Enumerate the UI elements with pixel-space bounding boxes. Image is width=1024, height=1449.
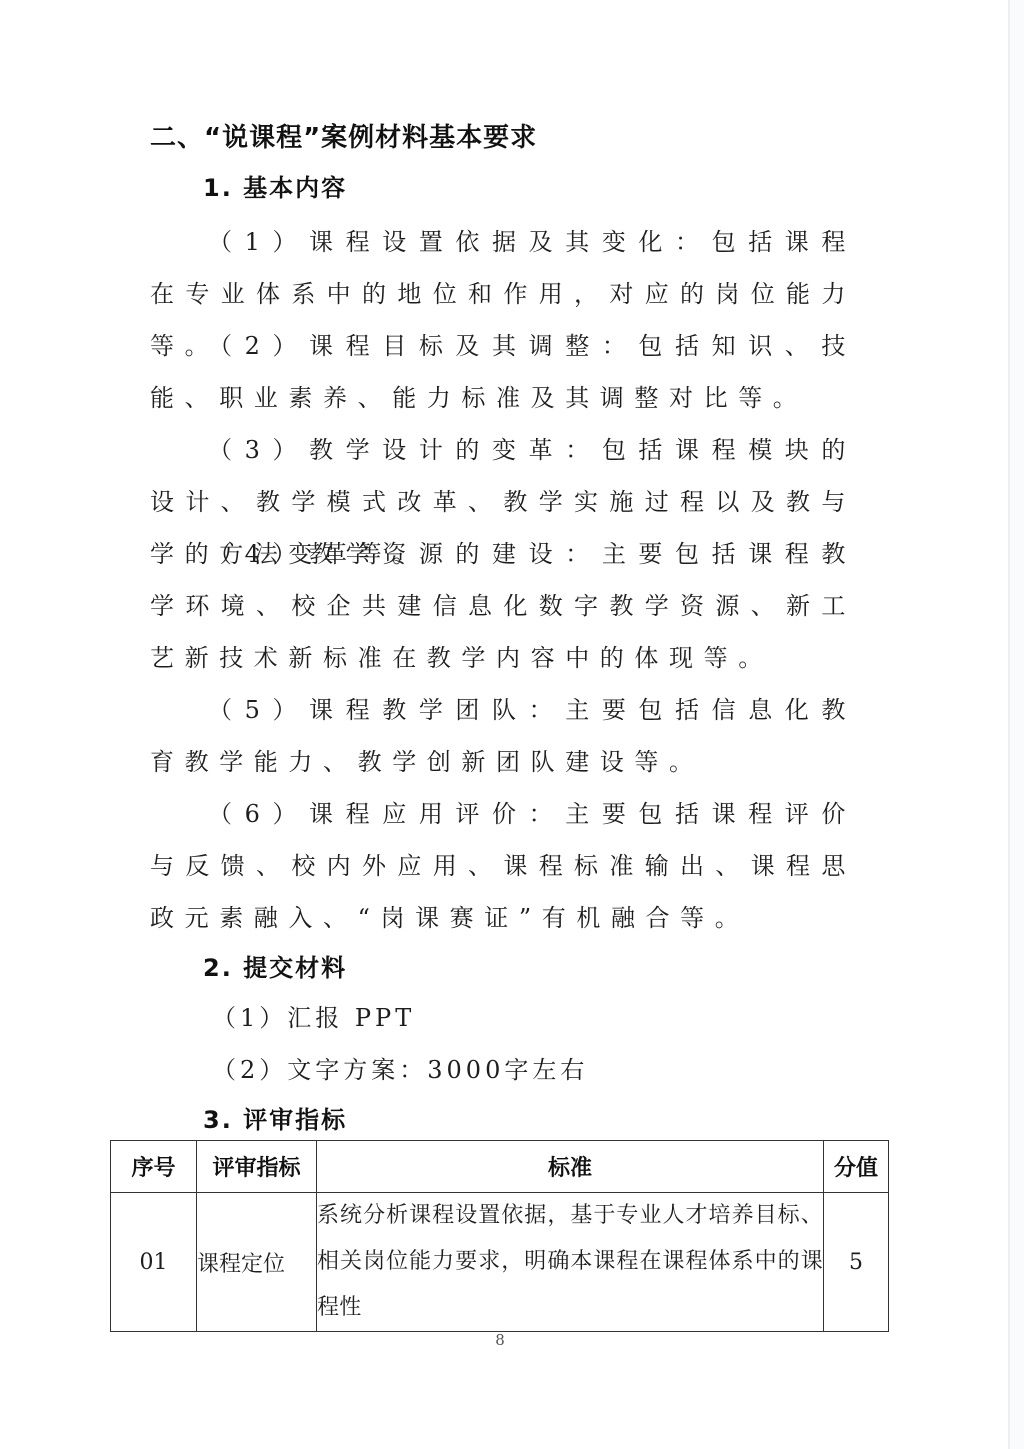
heading-submission-materials: 2. 提交材料 [203, 950, 347, 986]
page-number: 8 [0, 1331, 1000, 1349]
section-title: 二、“说课程”案例材料基本要求 [150, 120, 537, 156]
cell-standard: 系统分析课程设置依据，基于专业人才培养目标、相关岗位能力要求，明确本课程在课程体… [317, 1193, 824, 1332]
review-indicators-table: 序号 评审指标 标准 分值 01 课程定位 系统分析课程设置依据，基于专业人才培… [110, 1140, 889, 1332]
header-indicator: 评审指标 [197, 1141, 317, 1193]
paragraph-item-6: （6）课程应用评价：主要包括课程评价与反馈、校内外应用、课程标准输出、课程思政元… [150, 788, 856, 944]
submission-item-2: （2）文字方案：3000字左右 [212, 1052, 588, 1088]
table-header-row: 序号 评审指标 标准 分值 [111, 1141, 889, 1193]
cell-indicator: 课程定位 [197, 1193, 317, 1332]
cell-score: 5 [824, 1193, 889, 1332]
scan-edge [1010, 0, 1024, 1449]
header-score: 分值 [824, 1141, 889, 1193]
heading-basic-content: 1. 基本内容 [203, 170, 347, 206]
paragraph-item-4: （4）教学资源的建设：主要包括课程教学环境、校企共建信息化数字教学资源、新工艺新… [150, 528, 856, 684]
submission-item-1: （1）汇报 PPT [212, 1000, 415, 1036]
heading-review-indicators: 3. 评审指标 [203, 1102, 347, 1138]
paragraph-item-2: （2）课程目标及其调整：包括知识、技能、职业素养、能力标准及其调整对比等。 [150, 320, 856, 424]
header-standard: 标准 [317, 1141, 824, 1193]
scan-edge-line [1008, 0, 1010, 1449]
header-number: 序号 [111, 1141, 197, 1193]
table-row: 01 课程定位 系统分析课程设置依据，基于专业人才培养目标、相关岗位能力要求，明… [111, 1193, 889, 1332]
cell-number: 01 [111, 1193, 197, 1332]
paragraph-item-5: （5）课程教学团队：主要包括信息化教育教学能力、教学创新团队建设等。 [150, 684, 856, 788]
